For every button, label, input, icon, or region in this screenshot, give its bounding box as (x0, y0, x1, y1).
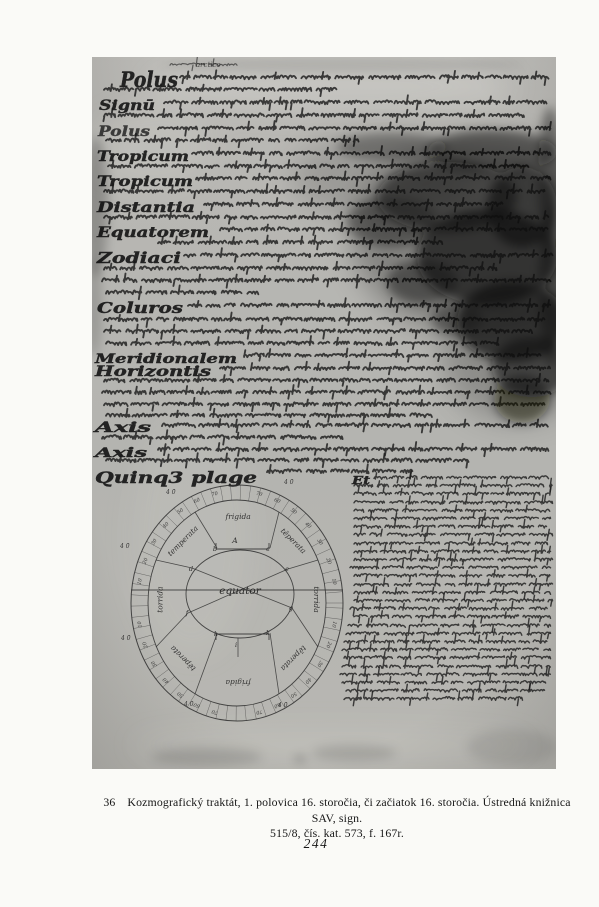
diagram-zone-label: frigida (225, 512, 251, 521)
diagram-corner-mark: 4 0̄ (183, 701, 194, 708)
figure-number: 36 (103, 795, 115, 809)
caption-line-2: 515/8, čís. kat. 573, f. 167r. (92, 826, 582, 842)
diagram-point-letter: A (231, 536, 238, 545)
diagram-zone-label: torrida (155, 586, 164, 612)
manuscript-scan: arcticoPolusSignūPolusTropicumTropicumDi… (92, 57, 556, 769)
manuscript-headword: Et (351, 474, 370, 487)
caption-text: Kozmografický traktát, 1. polovica 16. s… (127, 795, 570, 825)
smudge-shape (312, 745, 396, 761)
manuscript-headword: Tropicum (97, 149, 189, 165)
manuscript-headword: Distantia (96, 200, 195, 216)
manuscript-headword: Axis (92, 446, 148, 461)
diagram-corner-mark: 4 0̄ (165, 489, 176, 496)
diagram-point-letter: k (266, 629, 270, 637)
manuscript-headword: Coluros (97, 299, 184, 317)
book-page: arcticoPolusSignūPolusTropicumTropicumDi… (0, 0, 599, 907)
manuscript-headword: Axis (92, 420, 151, 436)
diagram-point-letter: h (214, 630, 218, 638)
figure-caption: 36Kozmografický traktát, 1. polovica 16.… (92, 795, 582, 842)
diagram-equator-label: equator (219, 585, 261, 597)
diagram-corner-mark: 4 0̄ (277, 702, 288, 709)
diagram-corner-mark: 4 0̄ (120, 635, 131, 642)
manuscript-headword: Polus (119, 67, 178, 92)
smudge-shape (152, 748, 262, 766)
diagram-point-letter: c (266, 545, 270, 553)
ink-blot-shape (494, 375, 550, 423)
manuscript-headword: Zodiaci (96, 249, 182, 267)
caption-line-1: 36Kozmografický traktát, 1. polovica 16.… (92, 795, 582, 826)
manuscript-headword: Quinq3 plage (95, 468, 257, 487)
smudge-shape (467, 729, 556, 765)
diagram-zone-label: torrida (312, 586, 321, 612)
manuscript-headword: Tropicum (97, 174, 193, 190)
diagram-point-letter: g (289, 604, 293, 612)
diagram-corner-mark: 4 0̄ (283, 479, 294, 486)
manuscript-headword: Equatorem (96, 225, 209, 241)
ink-blot-shape (387, 260, 457, 304)
page-number: 244 (304, 836, 329, 852)
diagram-point-letter: d (189, 565, 193, 573)
manuscript-headword: Signū (99, 98, 155, 114)
smudge-shape (162, 57, 522, 73)
ink-blot-shape (432, 303, 482, 335)
diagram-point-letter: e (285, 565, 289, 573)
manuscript-photo: arcticoPolusSignūPolusTropicumTropicumDi… (92, 57, 556, 769)
diagram-zone-label: frigida (226, 678, 252, 687)
manuscript-headword: Horizontis (94, 364, 212, 380)
manuscript-headword: Polus (97, 124, 150, 140)
diagram-point-letter: i (235, 641, 237, 649)
smudge-shape (295, 756, 305, 762)
diagram-point-letter: b (213, 545, 217, 553)
diagram-corner-mark: 4 0̄ (119, 543, 130, 550)
